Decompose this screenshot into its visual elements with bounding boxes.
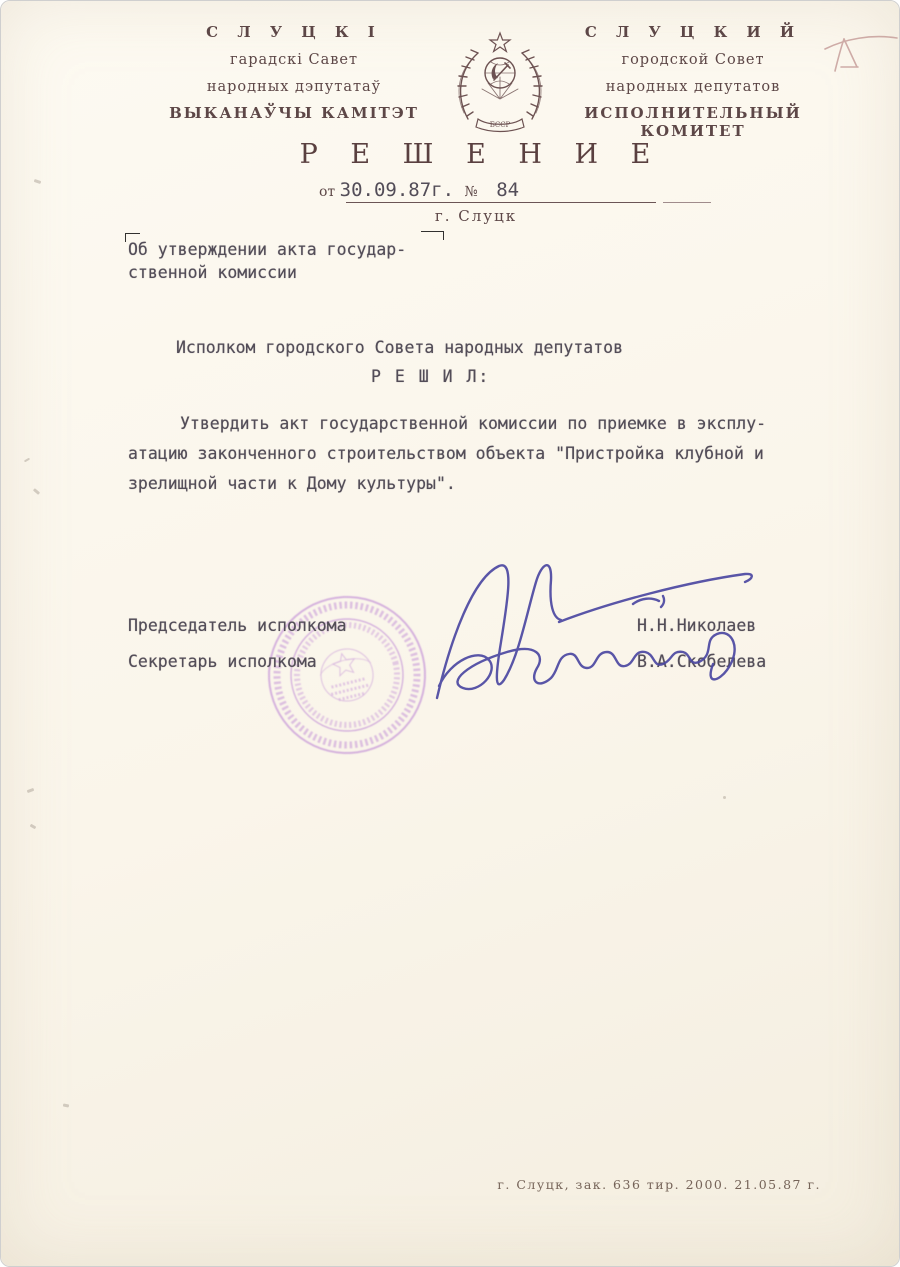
date-underline-extra [663,202,711,203]
emblem-ribbon-text: БССР [490,121,511,129]
pencil-annotation: 15 [813,25,900,85]
letterhead-left-line2: гарадскі Савет [144,52,444,68]
letterhead-left-line4: ВЫКАНАЎЧЫ КАМІТЭТ [144,104,444,122]
place-line: г. Слуцк [26,207,900,225]
number-value: 84 [496,179,519,201]
scan-speck [27,788,35,793]
subject-line-1: Об утверждении акта государ- [128,238,406,261]
signature-title-secretary: Секретарь исполкома [128,652,317,671]
letterhead-right-line2: городской Совет [543,52,843,68]
subject-line-2: ственной комиссии [128,261,406,284]
paragraph-line-3: зрелищной части к Дому культуры". [128,469,766,499]
scanned-document: С Л У Ц К І гарадскі Савет народных дэпу… [0,0,900,1267]
document-title: Р Е Ш Е Н И Е [31,139,900,170]
scan-speck [24,458,30,463]
date-underline [346,202,656,203]
resolution-paragraph: Утвердить акт государственной комиссии п… [128,409,766,499]
date-value: 30.09.87г. [340,179,454,201]
paragraph-line-2: атацию законченного строительством объек… [128,439,766,469]
body-intro: Исполком городского Совета народных депу… [176,338,623,357]
scan-speck [34,179,42,184]
signature-title-chairman: Председатель исполкома [128,616,347,635]
letterhead-left-line3: народных дэпутатаў [144,79,444,95]
letterhead-left: С Л У Ц К І гарадскі Савет народных дэпу… [144,23,444,122]
letterhead-right-city: С Л У Ц К И Й [543,23,843,41]
scan-speck [63,1104,69,1108]
subject-corner-mark-right [421,231,444,240]
bssr-emblem-icon: БССР [448,27,552,135]
scan-speck [33,488,40,495]
scan-speck [723,796,726,799]
date-prefix: от [319,184,335,200]
letterhead-right: С Л У Ц К И Й городской Совет народных д… [543,23,843,140]
numero-sign: № [464,184,477,200]
letterhead-right-line4: ИСПОЛНИТЕЛЬНЫЙ КОМИТЕТ [543,104,843,140]
letterhead-right-line3: народных депутатов [543,79,843,95]
subject-block: Об утверждении акта государ- ственной ко… [128,238,406,284]
document-page: С Л У Ц К І гарадскі Савет народных дэпу… [1,1,899,1266]
paragraph-line-1: Утвердить акт государственной комиссии п… [128,409,766,439]
resolved-word: Р Е Ш И Л: [371,367,490,386]
print-imprint: г. Слуцк, зак. 636 тир. 2000. 21.05.87 г… [497,1177,821,1192]
letterhead-left-city: С Л У Ц К І [144,23,444,41]
ink-signatures [401,546,771,706]
scan-speck [30,824,37,830]
date-number-line: от 30.09.87г. № 84 [319,179,519,201]
